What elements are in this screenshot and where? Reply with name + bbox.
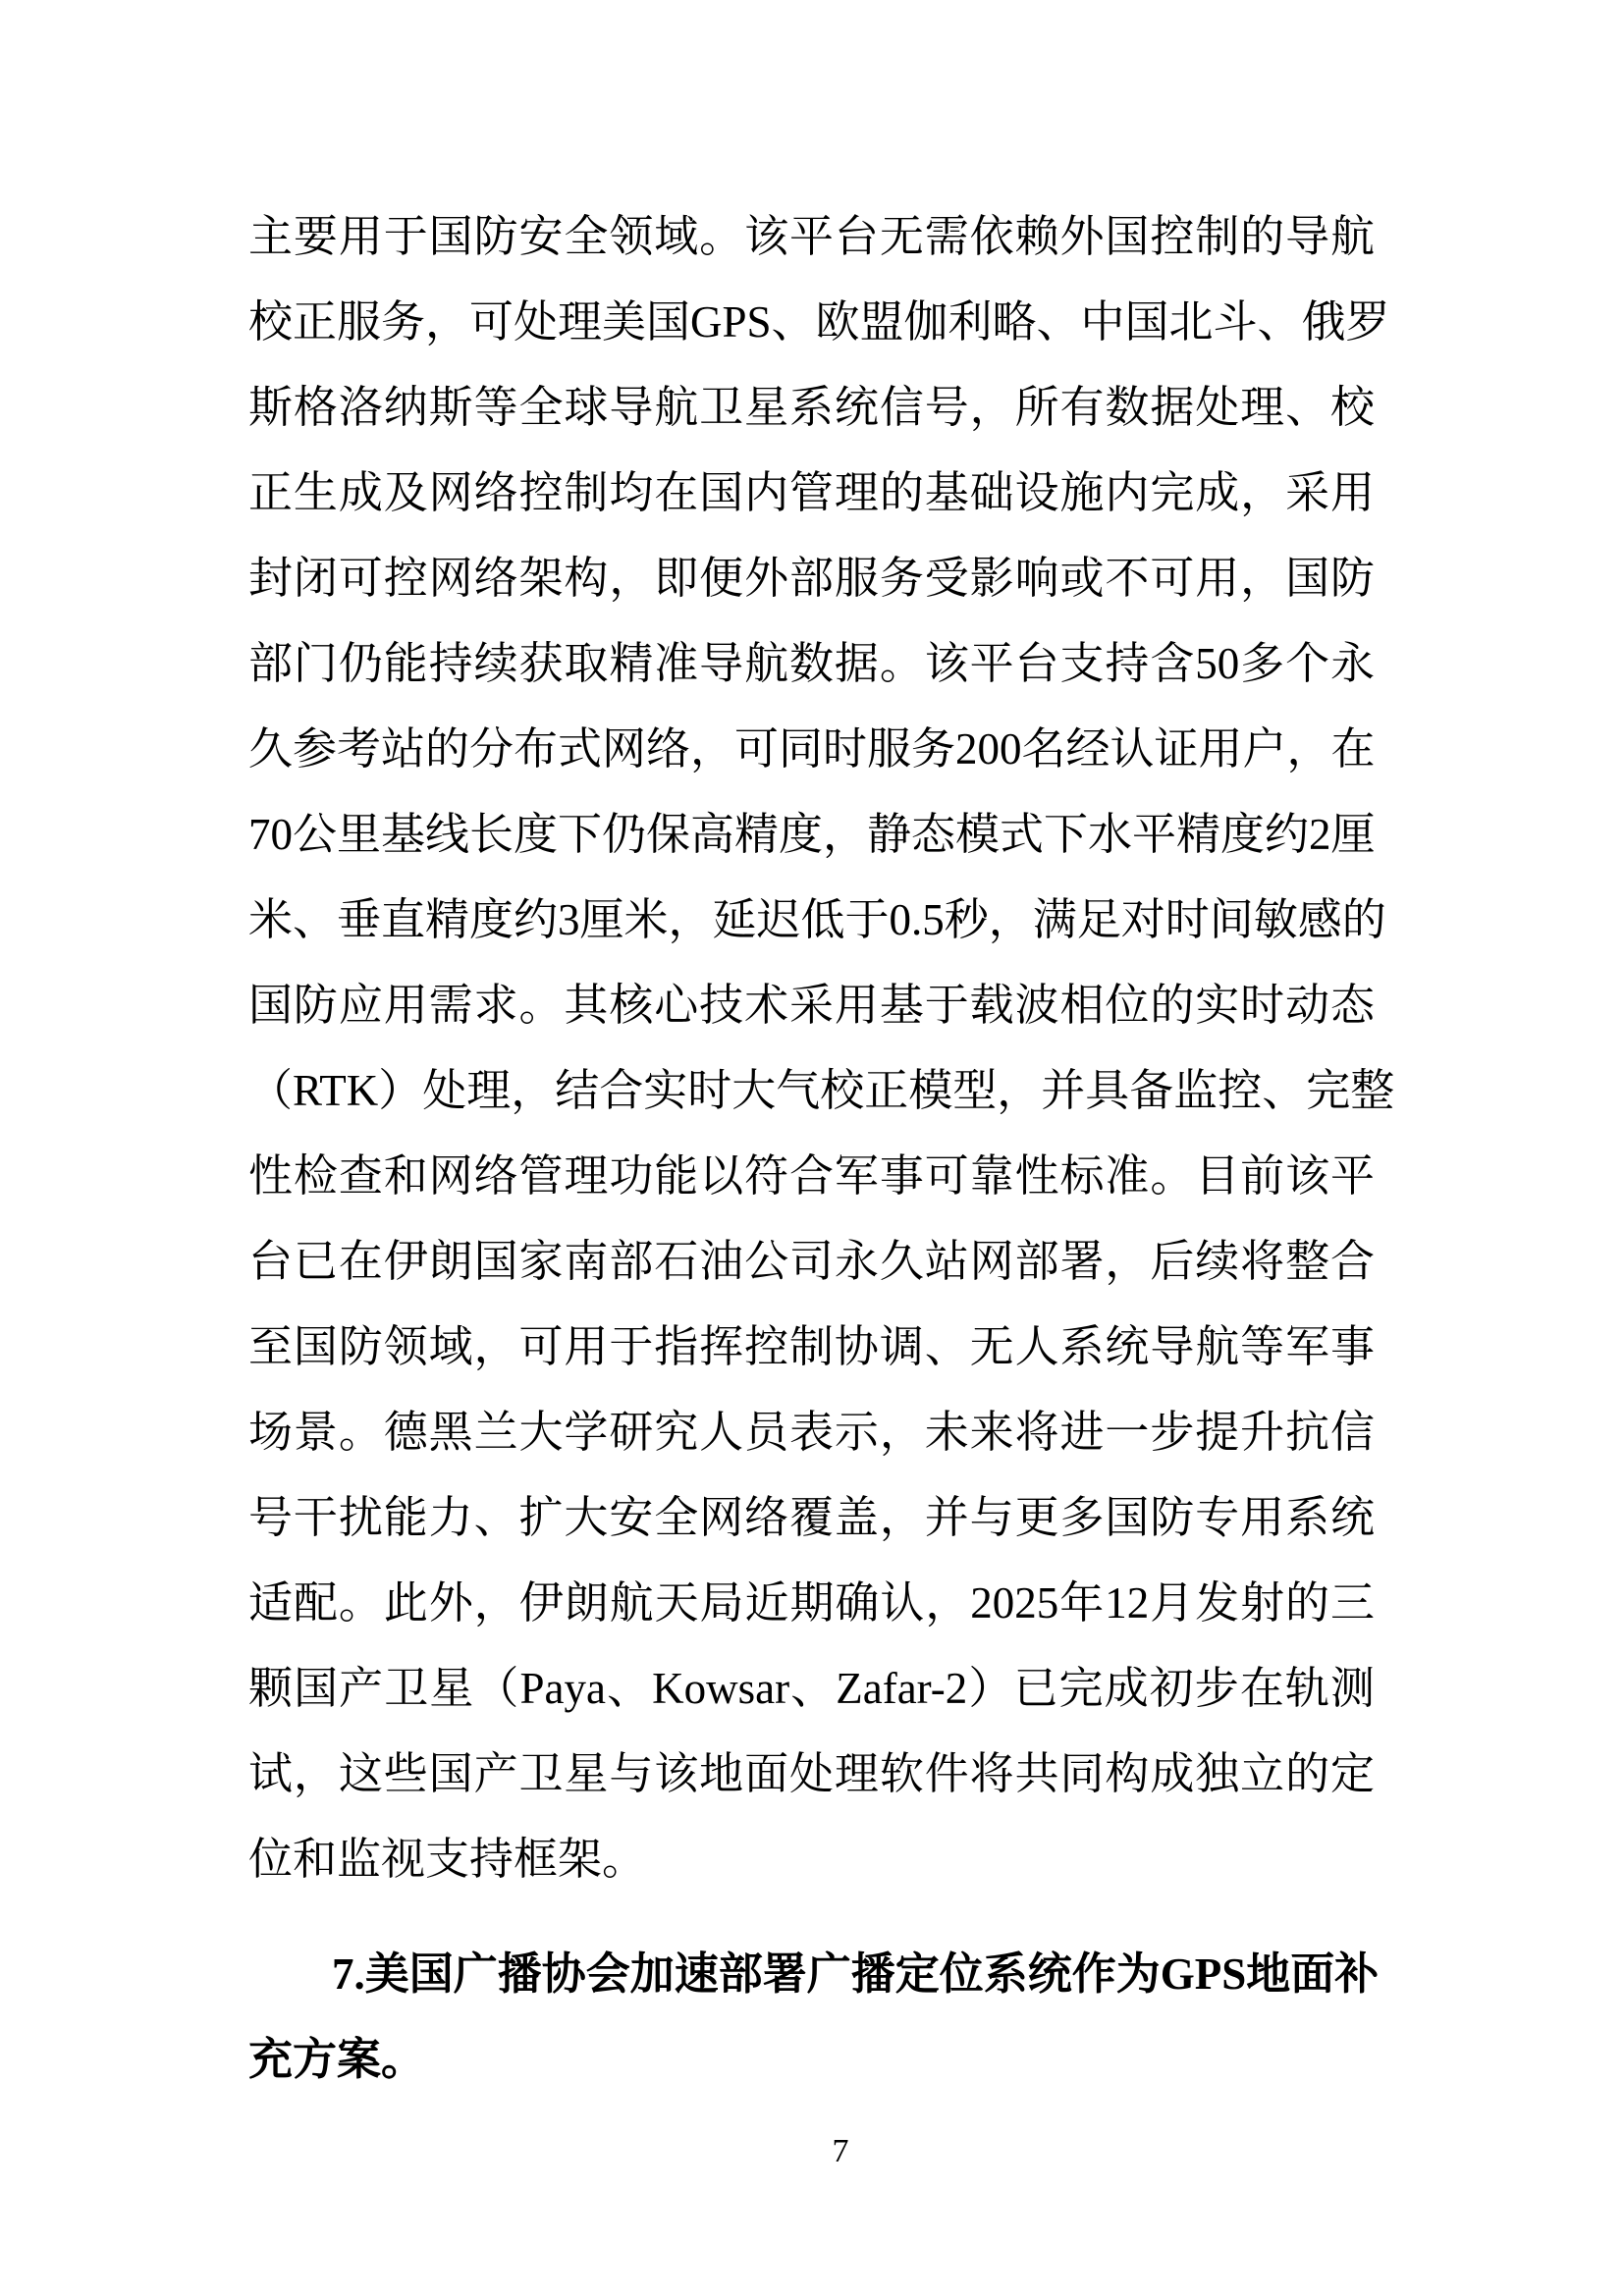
body-text-line: （RTK）处理，结合实时大气校正模型，并具备监控、完整 [248,1048,1375,1134]
paragraph-lines: 主要用于国防安全领域。该平台无需依赖外国控制的导航校正服务，可处理美国GPS、欧… [248,194,1375,1902]
body-text-line: 国防应用需求。其核心技术采用基于载波相位的实时动态 [248,963,1375,1048]
section-heading-line-2: 充方案。 [248,2017,1375,2103]
body-text-line: 颗国产卫星（Paya、Kowsar、Zafar-2）已完成初步在轨测 [248,1646,1375,1732]
body-text-line: 位和监视支持框架。 [248,1817,1375,1902]
body-text-line: 斯格洛纳斯等全球导航卫星系统信号，所有数据处理、校 [248,365,1375,451]
body-text-line: 校正服务，可处理美国GPS、欧盟伽利略、中国北斗、俄罗 [248,280,1375,365]
body-text-line: 70公里基线长度下仍保高精度，静态模式下水平精度约2厘 [248,792,1375,878]
document-page: 主要用于国防安全领域。该平台无需依赖外国控制的导航校正服务，可处理美国GPS、欧… [0,0,1624,2296]
body-text-line: 米、垂直精度约3厘米，延迟低于0.5秒，满足对时间敏感的 [248,878,1375,963]
body-text-line: 性检查和网络管理功能以符合军事可靠性标准。目前该平 [248,1134,1375,1219]
body-text-line: 至国防领域，可用于指挥控制协调、无人系统导航等军事 [248,1305,1375,1390]
document-body: 主要用于国防安全领域。该平台无需依赖外国控制的导航校正服务，可处理美国GPS、欧… [248,194,1375,2103]
body-text-line: 正生成及网络控制均在国内管理的基础设施内完成，采用 [248,451,1375,536]
body-text-line: 封闭可控网络架构，即便外部服务受影响或不可用，国防 [248,536,1375,621]
body-text-line: 试，这些国产卫星与该地面处理软件将共同构成独立的定 [248,1732,1375,1817]
body-text-line: 适配。此外，伊朗航天局近期确认，2025年12月发射的三 [248,1561,1375,1646]
body-text-line: 久参考站的分布式网络，可同时服务200名经认证用户，在 [248,707,1375,792]
body-text-line: 台已在伊朗国家南部石油公司永久站网部署，后续将整合 [248,1219,1375,1305]
body-text-line: 号干扰能力、扩大安全网络覆盖，并与更多国防专用系统 [248,1475,1375,1561]
body-text-line: 场景。德黑兰大学研究人员表示，未来将进一步提升抗信 [248,1390,1375,1475]
section-heading-line-1: 7.美国广播协会加速部署广播定位系统作为GPS地面补 [248,1932,1375,2017]
body-text-line: 主要用于国防安全领域。该平台无需依赖外国控制的导航 [248,194,1375,280]
body-text-line: 部门仍能持续获取精准导航数据。该平台支持含50多个永 [248,621,1375,707]
page-number: 7 [833,2132,849,2170]
